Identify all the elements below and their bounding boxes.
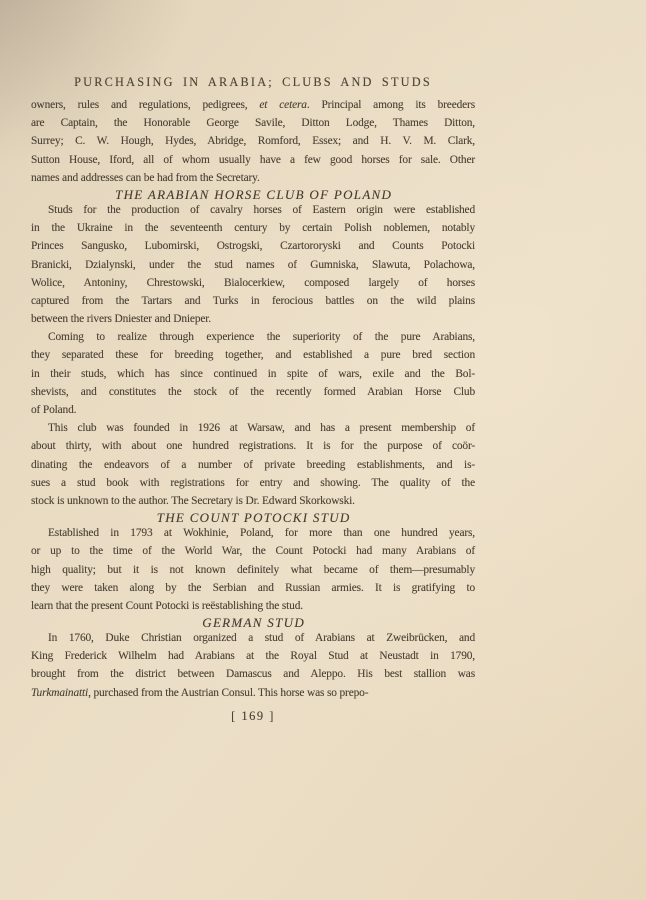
text-line: they separated these for breeding togeth… [31, 346, 475, 364]
text-line: learn that the present Count Potocki is … [31, 597, 475, 615]
text-line: captured from the Tartars and Turks in f… [31, 292, 475, 310]
text-line: in their studs, which has since continue… [31, 365, 475, 383]
page-number: [ 169 ] [31, 709, 475, 724]
text-segment: Wolice, Antoniny, Chrestowski, Bialocerk… [31, 277, 475, 289]
text-segment: high quality; but it is not known defini… [31, 564, 475, 576]
text-segment: brought from the district between Damasc… [31, 668, 475, 680]
text-segment: This club was founded in 1926 at Warsaw,… [48, 422, 475, 434]
text-line: King Frederick Wilhelm had Arabians at t… [31, 647, 475, 665]
text-segment: or up to the time of the World War, the … [31, 545, 475, 557]
text-segment: Studs for the production of cavalry hors… [48, 204, 475, 216]
text-segment: Princes Sangusko, Lubomirski, Ostrogski,… [31, 240, 475, 252]
text-line: they were taken along by the Serbian and… [31, 579, 475, 597]
text-segment: Surrey; C. W. Hough, Hydes, Abridge, Rom… [31, 135, 475, 147]
text-segment: Branicki, Dzialynski, under the stud nam… [31, 259, 475, 271]
text-segment: captured from the Tartars and Turks in f… [31, 295, 475, 307]
text-line: Coming to realize through experience the… [31, 328, 475, 346]
text-segment: in the Ukraine in the seventeenth centur… [31, 222, 475, 234]
text-line: between the rivers Dniester and Dnieper. [31, 310, 475, 328]
text-line: owners, rules and regulations, pedigrees… [31, 96, 475, 114]
italic-text: et cetera [259, 99, 306, 111]
text-line: stock is unknown to the author. The Secr… [31, 492, 475, 510]
text-segment: Sutton House, Iford, all of whom usually… [31, 154, 475, 166]
text-segment: sues a stud book with registrations for … [31, 477, 475, 489]
text-segment: they were taken along by the Serbian and… [31, 582, 475, 594]
text-line: about thirty, with about one hundred reg… [31, 437, 475, 455]
section-heading: GERMAN STUD [31, 615, 475, 629]
text-line: Studs for the production of cavalry hors… [31, 201, 475, 219]
paragraph: Coming to realize through experience the… [31, 328, 475, 419]
text-segment: are Captain, the Honorable George Savile… [31, 117, 475, 129]
text-column: PURCHASING IN ARABIA; CLUBS AND STUDS ow… [31, 0, 475, 900]
text-line: Sutton House, Iford, all of whom usually… [31, 151, 475, 169]
text-segment: . Principal among its breeders [307, 99, 475, 111]
italic-text: Turkmainatti [31, 687, 88, 699]
text-segment: of Poland. [31, 404, 76, 416]
text-line: high quality; but it is not known defini… [31, 561, 475, 579]
book-page: PURCHASING IN ARABIA; CLUBS AND STUDS ow… [0, 0, 646, 900]
text-line: Wolice, Antoniny, Chrestowski, Bialocerk… [31, 274, 475, 292]
text-line: Turkmainatti, purchased from the Austria… [31, 684, 475, 702]
text-segment: stock is unknown to the author. The Secr… [31, 495, 355, 507]
text-line: are Captain, the Honorable George Savile… [31, 114, 475, 132]
text-line: Surrey; C. W. Hough, Hydes, Abridge, Rom… [31, 132, 475, 150]
text-segment: in their studs, which has since continue… [31, 368, 475, 380]
text-segment: names and addresses can be had from the … [31, 172, 260, 184]
text-segment: Coming to realize through experience the… [48, 331, 475, 343]
text-line: shevists, and constitutes the stock of t… [31, 383, 475, 401]
text-segment: dinating the endeavors of a number of pr… [31, 459, 475, 471]
text-line: or up to the time of the World War, the … [31, 542, 475, 560]
text-segment: King Frederick Wilhelm had Arabians at t… [31, 650, 475, 662]
text-line: dinating the endeavors of a number of pr… [31, 456, 475, 474]
paragraph: Established in 1793 at Wokhinie, Poland,… [31, 524, 475, 615]
text-segment: between the rivers Dniester and Dnieper. [31, 313, 211, 325]
text-segment: shevists, and constitutes the stock of t… [31, 386, 475, 398]
text-line: Branicki, Dzialynski, under the stud nam… [31, 256, 475, 274]
text-line: names and addresses can be had from the … [31, 169, 475, 187]
text-line: In 1760, Duke Christian organized a stud… [31, 629, 475, 647]
text-segment: they separated these for breeding togeth… [31, 349, 475, 361]
text-line: This club was founded in 1926 at Warsaw,… [31, 419, 475, 437]
text-segment: learn that the present Count Potocki is … [31, 600, 303, 612]
text-segment: Established in 1793 at Wokhinie, Poland,… [48, 527, 475, 539]
running-head: PURCHASING IN ARABIA; CLUBS AND STUDS [31, 75, 475, 90]
text-segment: In 1760, Duke Christian organized a stud… [48, 632, 475, 644]
paragraph: In 1760, Duke Christian organized a stud… [31, 629, 475, 702]
paragraph: Studs for the production of cavalry hors… [31, 201, 475, 328]
text-line: Princes Sangusko, Lubomirski, Ostrogski,… [31, 237, 475, 255]
text-segment: about thirty, with about one hundred reg… [31, 440, 475, 452]
text-segment: owners, rules and regulations, pedigrees… [31, 99, 259, 111]
text-line: Established in 1793 at Wokhinie, Poland,… [31, 524, 475, 542]
paragraph: This club was founded in 1926 at Warsaw,… [31, 419, 475, 510]
text-line: brought from the district between Damasc… [31, 665, 475, 683]
text-segment: , purchased from the Austrian Consul. Th… [88, 687, 368, 699]
section-heading: THE COUNT POTOCKI STUD [31, 510, 475, 524]
text-line: of Poland. [31, 401, 475, 419]
section-heading: THE ARABIAN HORSE CLUB OF POLAND [31, 187, 475, 201]
body-text: owners, rules and regulations, pedigrees… [31, 96, 475, 702]
paragraph: owners, rules and regulations, pedigrees… [31, 96, 475, 187]
text-line: sues a stud book with registrations for … [31, 474, 475, 492]
text-line: in the Ukraine in the seventeenth centur… [31, 219, 475, 237]
